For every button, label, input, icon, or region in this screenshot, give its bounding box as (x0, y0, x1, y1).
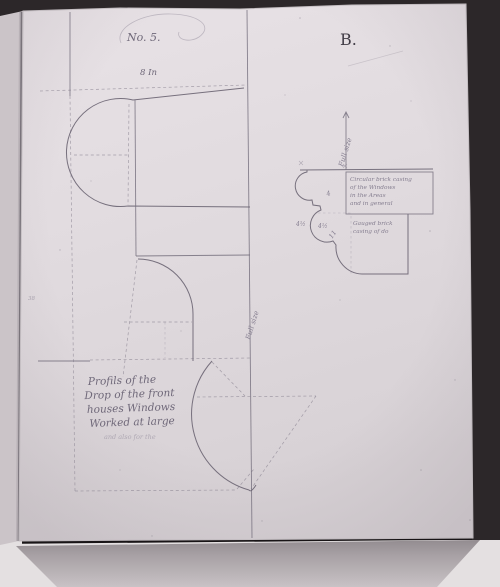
profile-note-faint-line: and also for the (104, 433, 156, 441)
book-fore-edge (16, 540, 480, 587)
dimension-middle: 4½ (317, 223, 328, 230)
casing-note-line1: Circular brick casing (350, 177, 412, 183)
dimension-left: 4½ (295, 221, 306, 228)
gauged-note-line2: casing of do (353, 229, 389, 235)
sheet-number: No. 5. (126, 31, 161, 44)
gauged-note-line1: Gauged brick (353, 221, 393, 227)
casing-note-line3: in the Areas (350, 193, 386, 199)
paper-vignette (19, 4, 473, 541)
plate-letter: B. (340, 30, 357, 49)
top-dimension-label: 8 In (140, 68, 157, 78)
casing-note-line4: and in general (350, 201, 393, 207)
margin-mark: 38 (28, 296, 35, 302)
casing-note-line2: of the Windows (350, 185, 395, 191)
photographed-drawing-sheet: No. 5. B. 8 In Circular brick casing of … (0, 0, 500, 587)
profile-note-line1: Profils of the (87, 374, 157, 388)
